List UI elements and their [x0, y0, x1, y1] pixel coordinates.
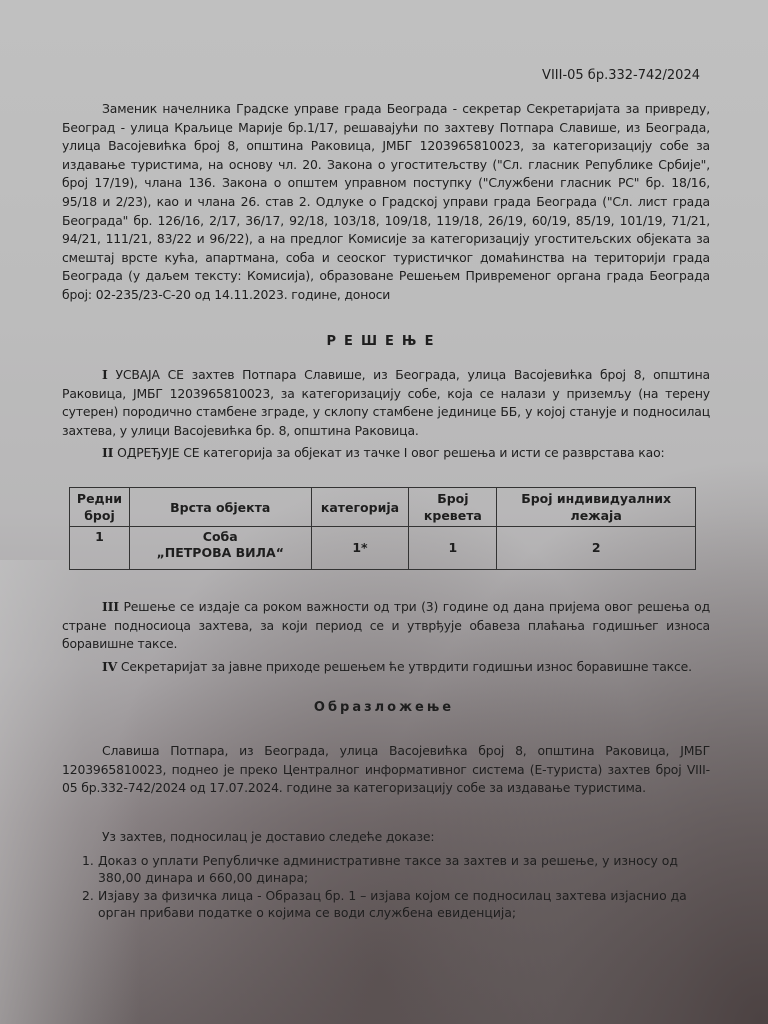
list-item-text: Доказ о уплати Републичке административн… [98, 852, 702, 886]
header-vrsta-objekta: Врста објекта [129, 488, 311, 527]
document-page: VIII-05 бр.332-742/2024 Заменик начелник… [0, 0, 768, 1024]
header-broj-kreveta: Број кревета [409, 488, 497, 527]
point-1-paragraph: I УСВАЈА СЕ захтев Потпара Славише, из Б… [62, 366, 710, 440]
evidence-intro: Уз захтев, подносилац је доставио следећ… [62, 828, 710, 847]
evidence-intro-text: Уз захтев, подносилац је доставио следећ… [102, 829, 434, 844]
point-4-numeral: IV [102, 659, 117, 674]
point-2-text: ОДРЕЂУЈЕ СЕ категорија за објекат из тач… [117, 445, 664, 460]
table-row: 1 Соба „ПЕТРОВА ВИЛА“ 1* 1 2 [70, 527, 696, 570]
category-table: Редни број Врста објекта категорија Број… [69, 487, 696, 570]
point-3-numeral: III [102, 599, 119, 614]
point-3-paragraph: III Решење се издаје са роком важности о… [62, 598, 710, 654]
list-item: 2. Изјаву за физичка лица - Образац бр. … [82, 887, 702, 921]
cell-vrsta-line1: Соба [134, 529, 307, 545]
point-3-text: Решење се издаје са роком важности од тр… [62, 599, 710, 651]
decision-heading: РЕШЕЊЕ [0, 332, 768, 351]
list-item-text: Изјаву за физичка лица - Образац бр. 1 –… [98, 887, 702, 921]
cell-kategorija: 1* [311, 527, 409, 570]
point-1-numeral: I [102, 367, 108, 382]
header-broj-lezaja: Број индивидуалних лежаја [497, 488, 696, 527]
reasoning-text: Славиша Потпара, из Београда, улица Васо… [62, 743, 710, 795]
point-4-paragraph: IV Секретаријат за јавне приходе решењем… [62, 658, 710, 677]
list-item: 1. Доказ о уплати Републичке администрат… [82, 852, 702, 886]
header-redni-broj: Редни број [70, 488, 130, 527]
reference-number: VIII-05 бр.332-742/2024 [542, 66, 700, 85]
point-1-lead: УСВАЈА СЕ [115, 367, 183, 382]
reasoning-heading: Образложење [0, 698, 768, 717]
cell-broj-kreveta: 1 [409, 527, 497, 570]
cell-vrsta-line2: „ПЕТРОВА ВИЛА“ [134, 545, 307, 561]
point-2-numeral: II [102, 445, 113, 460]
table-header-row: Редни број Врста објекта категорија Број… [70, 488, 696, 527]
cell-vrsta-objekta: Соба „ПЕТРОВА ВИЛА“ [129, 527, 311, 570]
cell-broj-lezaja: 2 [497, 527, 696, 570]
cell-redni-broj: 1 [70, 527, 130, 570]
list-item-number: 1. [82, 852, 98, 886]
header-kategorija: категорија [311, 488, 409, 527]
reasoning-paragraph: Славиша Потпара, из Београда, улица Васо… [62, 742, 710, 798]
point-4-text: Секретаријат за јавне приходе решењем ће… [121, 659, 692, 674]
intro-paragraph: Заменик начелника Градске управе града Б… [62, 100, 710, 305]
evidence-list: 1. Доказ о уплати Републичке администрат… [82, 852, 702, 922]
intro-text: Заменик начелника Градске управе града Б… [62, 101, 710, 302]
point-2-paragraph: II ОДРЕЂУЈЕ СЕ категорија за објекат из … [62, 444, 710, 463]
list-item-number: 2. [82, 887, 98, 921]
